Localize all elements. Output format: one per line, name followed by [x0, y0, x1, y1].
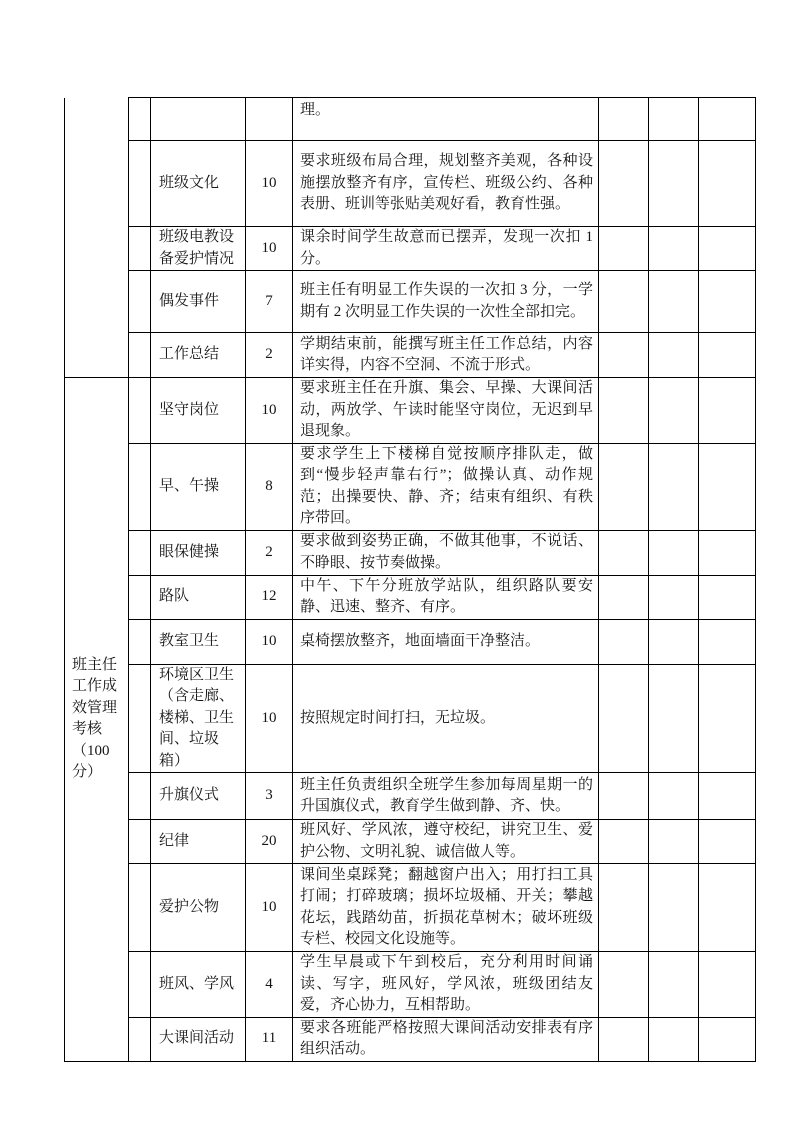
- spacer-cell: [129, 98, 151, 141]
- assessment-table: 理。 班级文化 10 要求班级布局合理，规划整齐美观，各种设施摆放整齐有序，宣传…: [64, 97, 756, 1062]
- criteria-cell: 学生早晨或下午到校后，充分利用时间诵读、写字，班风好，学风浓，班级团结友爱，齐心…: [293, 952, 599, 1018]
- score-cell: 2: [246, 530, 293, 575]
- criteria-cell: 要求做到姿势正确，不做其他事，不说话、不睁眼、按节奏做操。: [293, 530, 599, 575]
- blank-score-cell: [599, 664, 649, 773]
- blank-score-cell: [599, 141, 649, 227]
- item-cell: 班级电教设备爱护情况: [151, 227, 246, 271]
- score-cell: 11: [246, 1017, 293, 1061]
- spacer-cell: [129, 773, 151, 820]
- blank-score-cell: [699, 773, 756, 820]
- blank-score-cell: [649, 141, 699, 227]
- criteria-cell: 班主任负责组织全班学生参加每周星期一的升国旗仪式，教育学生做到静、齐、快。: [293, 773, 599, 820]
- blank-score-cell: [599, 773, 649, 820]
- item-cell: 爱护公物: [151, 864, 246, 952]
- blank-score-cell: [699, 864, 756, 952]
- score-cell: 4: [246, 952, 293, 1018]
- table-row: 早、午操 8 要求学生上下楼梯自觉按顺序排队走，做到“慢步轻声靠右行”；做操认真…: [65, 443, 756, 530]
- score-cell: 10: [246, 378, 293, 444]
- blank-score-cell: [649, 227, 699, 271]
- table-row: 班风、学风 4 学生早晨或下午到校后，充分利用时间诵读、写字，班风好，学风浓，班…: [65, 952, 756, 1018]
- blank-score-cell: [599, 98, 649, 141]
- blank-score-cell: [599, 378, 649, 444]
- spacer-cell: [129, 333, 151, 378]
- criteria-cell: 班风好、学风浓，遵守校纪，讲究卫生、爱护公物、文明礼貌、诚信做人等。: [293, 820, 599, 864]
- blank-score-cell: [699, 664, 756, 773]
- table-row: 环境区卫生（含走廊、楼梯、卫生间、垃圾箱） 10 按照规定时间打扫，无垃圾。: [65, 664, 756, 773]
- spacer-cell: [129, 952, 151, 1018]
- criteria-cell: 理。: [293, 98, 599, 141]
- blank-score-cell: [699, 141, 756, 227]
- item-cell: 大课间活动: [151, 1017, 246, 1061]
- blank-score-cell: [599, 530, 649, 575]
- spacer-cell: [129, 227, 151, 271]
- blank-score-cell: [649, 1017, 699, 1061]
- item-cell: 路队: [151, 575, 246, 619]
- table-row: 偶发事件 7 班主任有明显工作失误的一次扣 3 分，一学期有 2 次明显工作失误…: [65, 271, 756, 333]
- blank-score-cell: [699, 1017, 756, 1061]
- criteria-cell: 要求各班能严格按照大课间活动安排表有序组织活动。: [293, 1017, 599, 1061]
- spacer-cell: [129, 443, 151, 530]
- blank-score-cell: [699, 98, 756, 141]
- blank-score-cell: [649, 664, 699, 773]
- spacer-cell: [129, 271, 151, 333]
- item-cell: 眼保健操: [151, 530, 246, 575]
- blank-score-cell: [699, 575, 756, 619]
- score-cell: 8: [246, 443, 293, 530]
- table-row: 教室卫生 10 桌椅摆放整齐，地面墙面干净整洁。: [65, 619, 756, 664]
- blank-score-cell: [599, 575, 649, 619]
- table-row: 班级文化 10 要求班级布局合理，规划整齐美观，各种设施摆放整齐有序，宣传栏、班…: [65, 141, 756, 227]
- blank-score-cell: [599, 952, 649, 1018]
- table-row: 班主任工作成效管理考核（100分） 坚守岗位 10 要求班主任在升旗、集会、早操…: [65, 378, 756, 444]
- item-cell: 纪律: [151, 820, 246, 864]
- blank-score-cell: [599, 619, 649, 664]
- blank-score-cell: [649, 619, 699, 664]
- blank-score-cell: [699, 333, 756, 378]
- score-cell: 7: [246, 271, 293, 333]
- blank-score-cell: [649, 443, 699, 530]
- blank-score-cell: [599, 443, 649, 530]
- blank-score-cell: [649, 271, 699, 333]
- blank-score-cell: [699, 378, 756, 444]
- spacer-cell: [129, 378, 151, 444]
- blank-score-cell: [649, 773, 699, 820]
- category-cell: 班主任工作成效管理考核（100分）: [65, 378, 129, 1062]
- item-cell: 环境区卫生（含走廊、楼梯、卫生间、垃圾箱）: [151, 664, 246, 773]
- criteria-cell: 要求班级布局合理，规划整齐美观，各种设施摆放整齐有序，宣传栏、班级公约、各种表册…: [293, 141, 599, 227]
- spacer-cell: [129, 1017, 151, 1061]
- item-cell: 教室卫生: [151, 619, 246, 664]
- blank-score-cell: [699, 619, 756, 664]
- spacer-cell: [129, 619, 151, 664]
- spacer-cell: [129, 664, 151, 773]
- criteria-cell: 课余时间学生故意而已摆弄，发现一次扣 1 分。: [293, 227, 599, 271]
- item-cell: 班风、学风: [151, 952, 246, 1018]
- table-row: 眼保健操 2 要求做到姿势正确，不做其他事，不说话、不睁眼、按节奏做操。: [65, 530, 756, 575]
- item-cell: 班级文化: [151, 141, 246, 227]
- item-cell: [151, 98, 246, 141]
- score-cell: 12: [246, 575, 293, 619]
- category-cell-continued: [65, 98, 129, 378]
- spacer-cell: [129, 575, 151, 619]
- blank-score-cell: [699, 443, 756, 530]
- score-cell: 10: [246, 141, 293, 227]
- table-row: 纪律 20 班风好、学风浓，遵守校纪，讲究卫生、爱护公物、文明礼貌、诚信做人等。: [65, 820, 756, 864]
- blank-score-cell: [599, 333, 649, 378]
- table-row: 路队 12 中午、下午分班放学站队，组织路队要安静、迅速、整齐、有序。: [65, 575, 756, 619]
- spacer-cell: [129, 141, 151, 227]
- score-cell: 10: [246, 227, 293, 271]
- score-cell: 10: [246, 664, 293, 773]
- table-row: 升旗仪式 3 班主任负责组织全班学生参加每周星期一的升国旗仪式，教育学生做到静、…: [65, 773, 756, 820]
- blank-score-cell: [649, 575, 699, 619]
- table-row: 理。: [65, 98, 756, 141]
- spacer-cell: [129, 864, 151, 952]
- item-cell: 偶发事件: [151, 271, 246, 333]
- blank-score-cell: [599, 271, 649, 333]
- table-row: 班级电教设备爱护情况 10 课余时间学生故意而已摆弄，发现一次扣 1 分。: [65, 227, 756, 271]
- item-cell: 坚守岗位: [151, 378, 246, 444]
- criteria-cell: 学期结束前，能撰写班主任工作总结，内容详实得，内容不空洞、不流于形式。: [293, 333, 599, 378]
- blank-score-cell: [599, 820, 649, 864]
- criteria-cell: 桌椅摆放整齐，地面墙面干净整洁。: [293, 619, 599, 664]
- score-cell: 2: [246, 333, 293, 378]
- criteria-cell: 按照规定时间打扫，无垃圾。: [293, 664, 599, 773]
- criteria-cell: 要求学生上下楼梯自觉按顺序排队走，做到“慢步轻声靠右行”；做操认真、动作规范；出…: [293, 443, 599, 530]
- table-row: 工作总结 2 学期结束前，能撰写班主任工作总结，内容详实得，内容不空洞、不流于形…: [65, 333, 756, 378]
- blank-score-cell: [649, 864, 699, 952]
- score-cell: 20: [246, 820, 293, 864]
- blank-score-cell: [649, 378, 699, 444]
- table-row: 大课间活动 11 要求各班能严格按照大课间活动安排表有序组织活动。: [65, 1017, 756, 1061]
- blank-score-cell: [699, 271, 756, 333]
- blank-score-cell: [599, 227, 649, 271]
- score-cell: 3: [246, 773, 293, 820]
- criteria-cell: 课间坐桌踩凳；翻越窗户出入；用打扫工具打闹；打碎玻璃；损坏垃圾桶、开关；攀越花坛…: [293, 864, 599, 952]
- score-cell: 10: [246, 619, 293, 664]
- item-cell: 工作总结: [151, 333, 246, 378]
- criteria-cell: 要求班主任在升旗、集会、早操、大课间活动，两放学、午读时能坚守岗位，无迟到早退现…: [293, 378, 599, 444]
- blank-score-cell: [649, 820, 699, 864]
- item-cell: 早、午操: [151, 443, 246, 530]
- score-cell: [246, 98, 293, 141]
- blank-score-cell: [699, 530, 756, 575]
- blank-score-cell: [649, 952, 699, 1018]
- criteria-cell: 班主任有明显工作失误的一次扣 3 分，一学期有 2 次明显工作失误的一次性全部扣…: [293, 271, 599, 333]
- blank-score-cell: [649, 98, 699, 141]
- blank-score-cell: [649, 333, 699, 378]
- score-cell: 10: [246, 864, 293, 952]
- spacer-cell: [129, 820, 151, 864]
- blank-score-cell: [599, 1017, 649, 1061]
- blank-score-cell: [649, 530, 699, 575]
- spacer-cell: [129, 530, 151, 575]
- blank-score-cell: [699, 820, 756, 864]
- blank-score-cell: [699, 227, 756, 271]
- blank-score-cell: [599, 864, 649, 952]
- criteria-cell: 中午、下午分班放学站队，组织路队要安静、迅速、整齐、有序。: [293, 575, 599, 619]
- blank-score-cell: [699, 952, 756, 1018]
- table-row: 爱护公物 10 课间坐桌踩凳；翻越窗户出入；用打扫工具打闹；打碎玻璃；损坏垃圾桶…: [65, 864, 756, 952]
- item-cell: 升旗仪式: [151, 773, 246, 820]
